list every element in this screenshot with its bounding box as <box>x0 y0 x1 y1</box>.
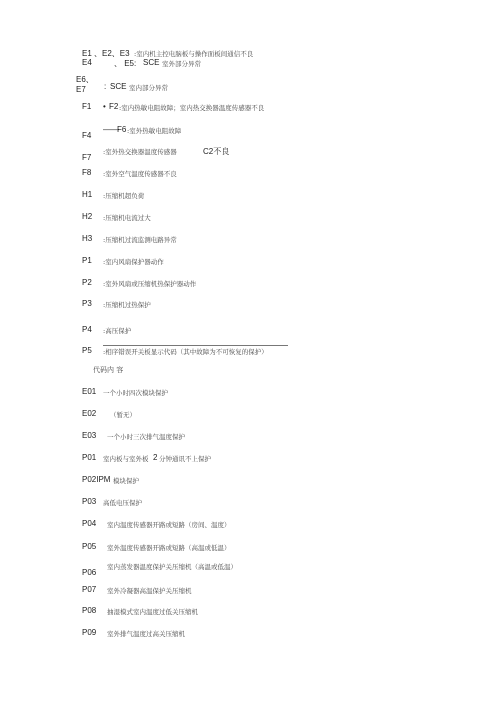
desc-e03: 一个小时三次排气温度保护 <box>107 432 185 441</box>
code-p07: P07 <box>82 585 96 594</box>
desc-e1-e3: :室内机主控电脑板与操作面板间通信不良 <box>134 49 253 58</box>
desc-p06: 室内蒸发器温度保护关压缩机（高温或低温） <box>107 562 237 571</box>
desc-e02: （暂无） <box>110 410 136 419</box>
desc-p2: :室外风扇或压缩机热保护器动作 <box>103 279 196 288</box>
code-p3: P3 <box>82 299 92 308</box>
code-e4: E4 <box>82 58 92 67</box>
desc-f1-f2: :室内热敏电阻故障；室内热交换器温度传感器不良 <box>119 103 264 112</box>
p01-minutes: 2 <box>153 453 157 462</box>
code-f4: F4 <box>82 131 91 140</box>
desc-p07: 室外冷凝器高温保护关压缩机 <box>107 586 192 595</box>
desc-p09: 室外排气温度过高关压缩机 <box>107 629 185 638</box>
code-e7: E7 <box>76 85 86 94</box>
desc-p02: 模块保护 <box>113 476 139 485</box>
code-p09: P09 <box>82 628 96 637</box>
desc-p03: 高低电压保护 <box>103 498 142 507</box>
desc-h1: :压缩机超负荷 <box>103 191 144 200</box>
sce-label: SCE <box>110 82 126 91</box>
code-p5: P5 <box>82 346 92 355</box>
code-p05: P05 <box>82 542 96 551</box>
divider-line <box>103 345 288 346</box>
desc-f7: :室外热交换器温度传感器 <box>103 147 177 156</box>
desc-p08: 抽湿模式室内温度过低关压缩机 <box>107 607 198 616</box>
desc-p01: 室内板与室外板 <box>103 454 149 463</box>
desc-e6-e7: 室内部分异常 <box>129 83 168 92</box>
desc-p3: :压缩机过热保护 <box>103 300 151 309</box>
code-e03: E03 <box>82 431 96 440</box>
code-h2: H2 <box>82 212 92 221</box>
code-p03: P03 <box>82 497 96 506</box>
code-p06: P06 <box>82 568 96 577</box>
code-h1: H1 <box>82 190 92 199</box>
code-p01: P01 <box>82 453 96 462</box>
code-e02: E02 <box>82 409 96 418</box>
desc-p5: :相序错误开关板显示代码（其中故障为不可恢复的保护） <box>103 347 268 356</box>
code-p04: P04 <box>82 519 96 528</box>
code-f1: F1 <box>82 102 91 111</box>
desc-f4-f6: :室外热敏电阻故障 <box>127 126 181 135</box>
desc-f8: :室外空气温度传感器不良 <box>103 169 177 178</box>
sce-label: SCE <box>143 58 159 67</box>
code-e5: 、 E5: <box>114 58 136 69</box>
code-p1: P1 <box>82 256 92 265</box>
table-header: 代码内 容 <box>93 365 123 375</box>
bullet: • <box>103 102 106 111</box>
code-h3: H3 <box>82 234 92 243</box>
desc-p4: :高压保护 <box>103 326 131 335</box>
code-f8: F8 <box>82 168 91 177</box>
desc-p1: :室内风扇保护器动作 <box>103 257 164 266</box>
code-c2: C2不良 <box>203 146 229 157</box>
desc-h2: :压缩机电流过大 <box>103 213 151 222</box>
code-f2: F2 <box>109 102 118 111</box>
desc-p04: 室内温度传感器开路或短路（房间、温度） <box>107 520 231 529</box>
desc-p05: 室外温度传感器开路或短路（高温或低温） <box>107 543 231 552</box>
colon: : <box>104 82 106 91</box>
code-e01: E01 <box>82 387 96 396</box>
code-p2: P2 <box>82 278 92 287</box>
desc-e4-e5: 室外部分异常 <box>162 59 201 68</box>
desc-e01: 一个小时四次模块保护 <box>103 388 168 397</box>
code-f6: F6 <box>117 125 126 134</box>
code-f7: F7 <box>82 153 91 162</box>
code-p4: P4 <box>82 325 92 334</box>
desc-p01-b: 分钟通讯不上保护 <box>159 454 211 463</box>
code-p02: P02IPM <box>82 475 110 484</box>
code-e6: E6、 <box>76 74 94 85</box>
code-p08: P08 <box>82 606 96 615</box>
desc-h3: :压缩机过流监测电路异常 <box>103 235 177 244</box>
